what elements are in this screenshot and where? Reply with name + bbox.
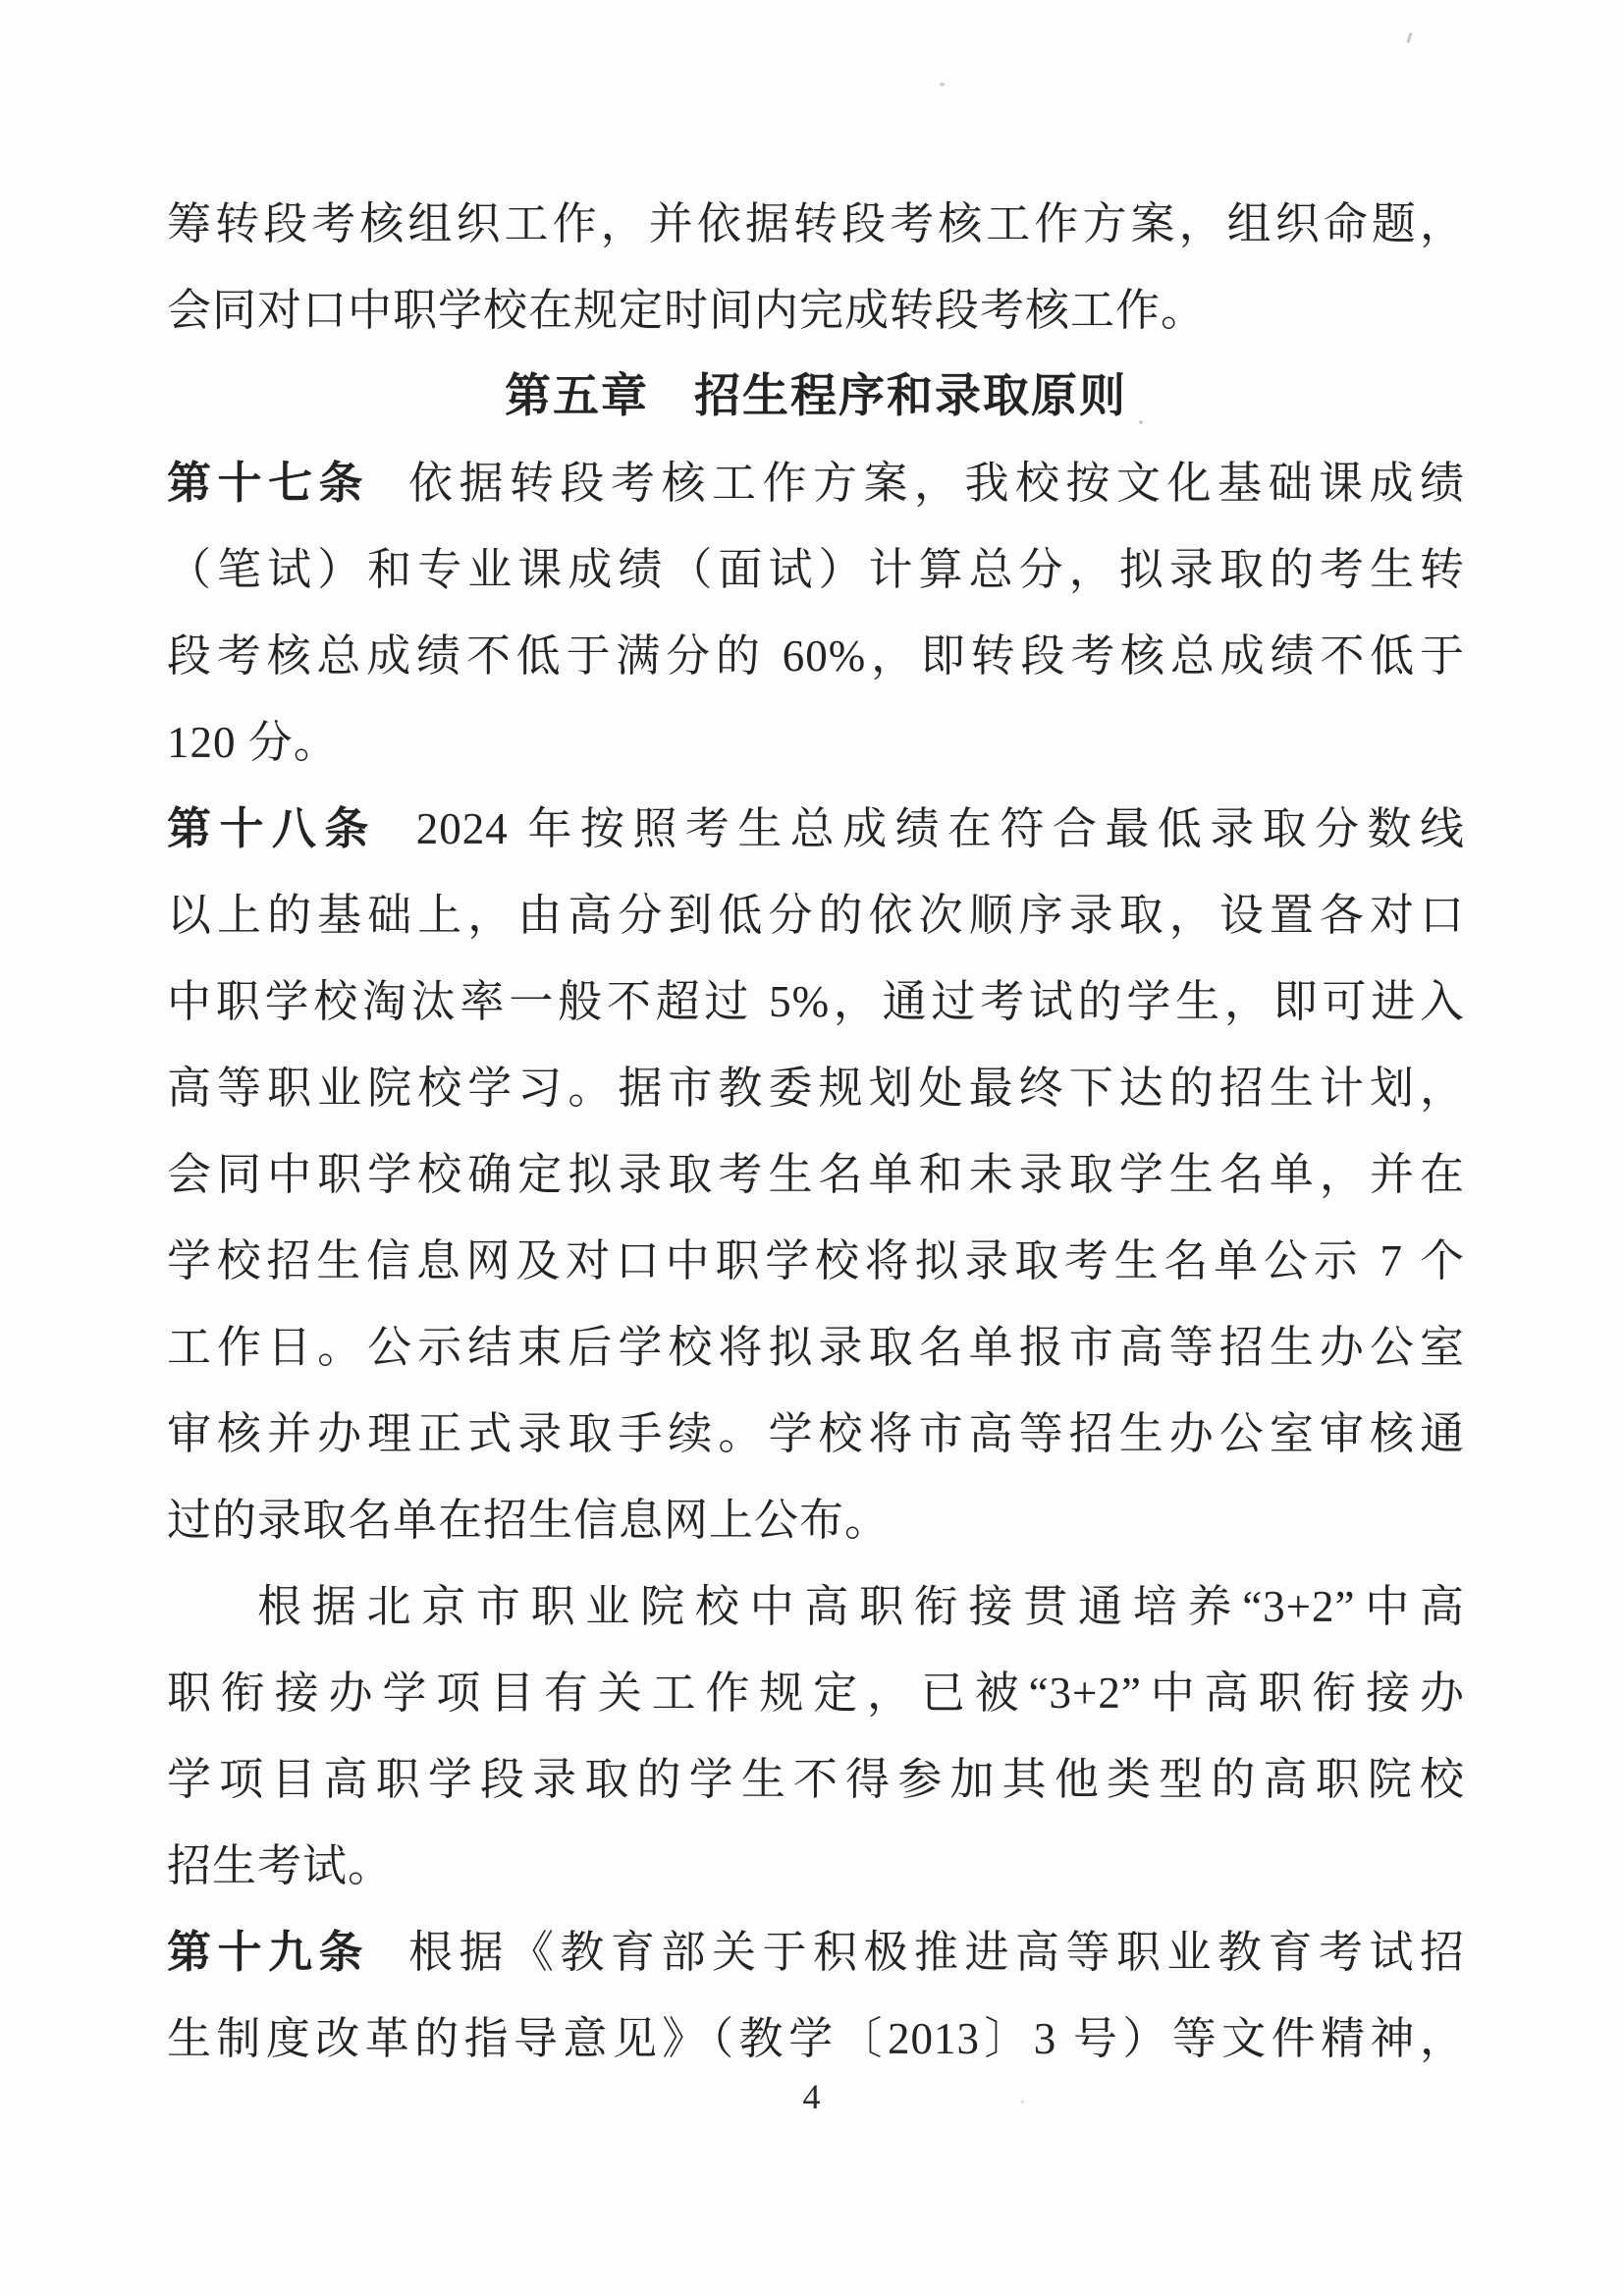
text-line: 第十七条依据转段考核工作方案，我校按文化基础课成绩 [167, 440, 1465, 526]
text-line: 生制度改革的指导意见》（教学〔2013〕3 号）等文件精神， [167, 1995, 1465, 2082]
chapter-title: 招生程序和录取原则 [694, 371, 1127, 422]
line-text: 生制度改革的指导意见》（教学〔2013〕3 号）等文件精神， [167, 2014, 1465, 2063]
text-line: 120 分。 [167, 699, 1465, 786]
text-line: 高等职业院校学习。据市教委规划处最终下达的招生计划， [167, 1045, 1465, 1131]
page-number: 4 [0, 2076, 1623, 2117]
line-text: 学校招生信息网及对口中职学校将拟录取考生名单公示 7 个 [167, 1236, 1465, 1285]
text-line: 会同中职学校确定拟录取考生名单和未录取学生名单，并在 [167, 1131, 1465, 1218]
line-text: （笔试）和专业课成绩（面试）计算总分，拟录取的考生转 [167, 545, 1465, 594]
chapter-label: 第五章 [505, 371, 649, 422]
line-text: 高等职业院校学习。据市教委规划处最终下达的招生计划， [167, 1064, 1465, 1113]
line-text: 职衔接办学项目有关工作规定，已被“3+2”中高职衔接办 [167, 1668, 1465, 1718]
line-text: 审核并办理正式录取手续。学校将市高等招生办公室审核通 [167, 1409, 1465, 1458]
scan-speck [1139, 420, 1143, 424]
document-page: 筹转段考核组织工作，并依据转段考核工作方案，组织命题， 会同对口中职学校在规定时… [0, 0, 1623, 2296]
text-line: 根据北京市职业院校中高职衔接贯通培养“3+2”中高 [167, 1563, 1465, 1650]
text-line: 职衔接办学项目有关工作规定，已被“3+2”中高职衔接办 [167, 1650, 1465, 1736]
text-line: 中职学校淘汰率一般不超过 5%，通过考试的学生，即可进入 [167, 958, 1465, 1045]
line-text: 会同对口中职学校在规定时间内完成转段考核工作。 [167, 286, 1206, 335]
text-line: 学校招生信息网及对口中职学校将拟录取考生名单公示 7 个 [167, 1218, 1465, 1304]
scan-speck [1406, 32, 1412, 43]
line-text: 以上的基础上，由高分到低分的依次顺序录取，设置各对口 [167, 891, 1465, 940]
article-number: 第十九条 [167, 1928, 369, 1977]
line-text: 2024 年按照考生总成绩在符合最低录取分数线 [416, 804, 1465, 853]
chapter-heading: 第五章招生程序和录取原则 [167, 354, 1465, 440]
text-line: 审核并办理正式录取手续。学校将市高等招生办公室审核通 [167, 1391, 1465, 1477]
line-text: 120 分。 [167, 718, 339, 767]
article-number: 第十七条 [167, 459, 369, 508]
line-text: 根据《教育部关于积极推进高等职业教育考试招 [408, 1928, 1465, 1977]
scan-speck [1021, 2101, 1024, 2104]
scan-speck [940, 82, 945, 86]
line-text: 过的录取名单在招生信息网上公布。 [167, 1496, 890, 1545]
text-line: 招生考试。 [167, 1823, 1465, 1909]
line-text: 段考核总成绩不低于满分的 60%，即转段考核总成绩不低于 [167, 631, 1465, 681]
line-text: 筹转段考核组织工作，并依据转段考核工作方案，组织命题， [167, 199, 1465, 248]
text-line: 第十九条根据《教育部关于积极推进高等职业教育考试招 [167, 1909, 1465, 1995]
text-line: 会同对口中职学校在规定时间内完成转段考核工作。 [167, 267, 1465, 354]
line-text: 依据转段考核工作方案，我校按文化基础课成绩 [408, 459, 1465, 508]
text-line: 第十八条2024 年按照考生总成绩在符合最低录取分数线 [167, 786, 1465, 872]
text-line: 筹转段考核组织工作，并依据转段考核工作方案，组织命题， [167, 181, 1465, 267]
text-line: （笔试）和专业课成绩（面试）计算总分，拟录取的考生转 [167, 526, 1465, 613]
line-text: 会同中职学校确定拟录取考生名单和未录取学生名单，并在 [167, 1150, 1465, 1199]
line-text: 中职学校淘汰率一般不超过 5%，通过考试的学生，即可进入 [167, 977, 1465, 1026]
text-line: 工作日。公示结束后学校将拟录取名单报市高等招生办公室 [167, 1304, 1465, 1391]
line-text: 招生考试。 [167, 1841, 393, 1890]
text-line: 以上的基础上，由高分到低分的依次顺序录取，设置各对口 [167, 872, 1465, 958]
line-text: 根据北京市职业院校中高职衔接贯通培养“3+2”中高 [257, 1582, 1465, 1631]
line-text: 学项目高职学段录取的学生不得参加其他类型的高职院校 [167, 1755, 1465, 1804]
article-number: 第十八条 [167, 804, 377, 853]
text-line: 段考核总成绩不低于满分的 60%，即转段考核总成绩不低于 [167, 613, 1465, 699]
text-line: 学项目高职学段录取的学生不得参加其他类型的高职院校 [167, 1736, 1465, 1823]
line-text: 工作日。公示结束后学校将拟录取名单报市高等招生办公室 [167, 1323, 1465, 1372]
document-body: 筹转段考核组织工作，并依据转段考核工作方案，组织命题， 会同对口中职学校在规定时… [167, 181, 1465, 2082]
text-line: 过的录取名单在招生信息网上公布。 [167, 1477, 1465, 1563]
